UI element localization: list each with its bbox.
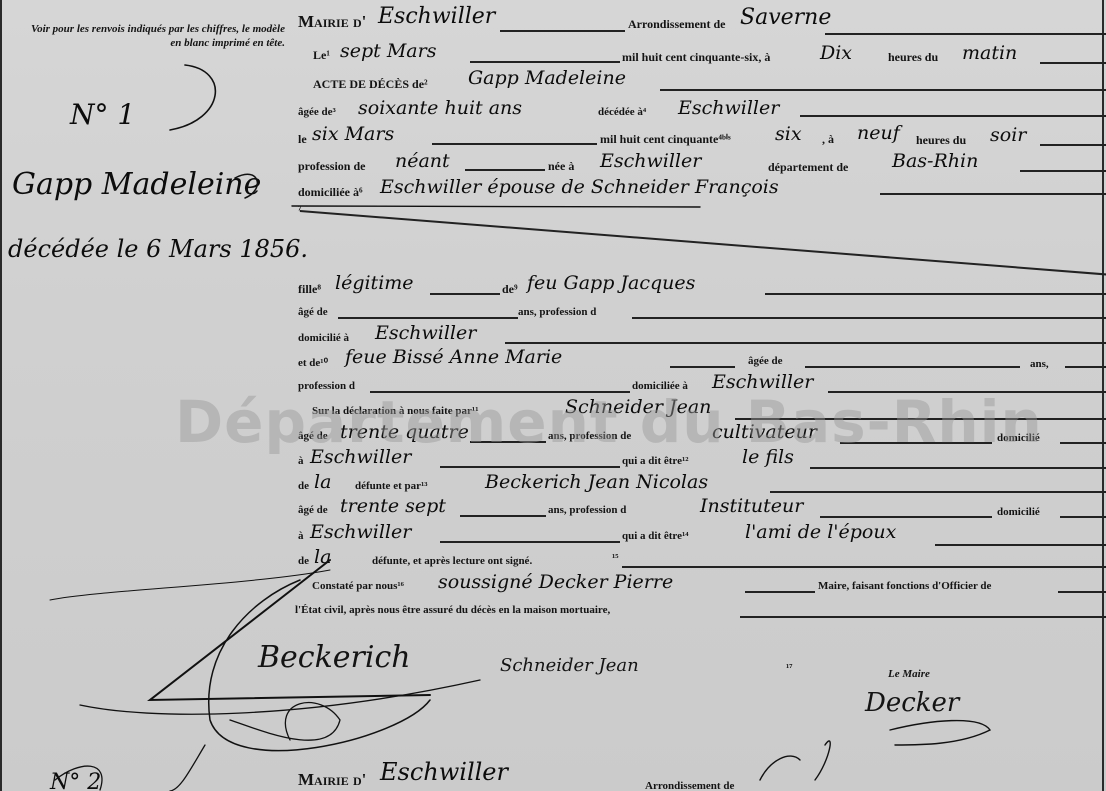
record-date: sept Mars <box>340 40 436 62</box>
rule <box>622 566 1106 568</box>
declarant-1-relation-label: qui a dit être¹² <box>622 455 689 467</box>
death-period: soir <box>990 124 1026 146</box>
rule <box>440 541 620 543</box>
defunte-article-2: la <box>314 546 331 568</box>
defunte-article: la <box>314 471 331 493</box>
arrondissement-value: Saverne <box>740 5 831 30</box>
margin-instructions: Voir pour les renvois indiqués par les c… <box>30 22 285 50</box>
signature-decker: Decker <box>865 688 959 718</box>
declarant-2-profession: Instituteur <box>700 495 803 517</box>
death-year-label: mil huit cent cinquante⁴ᵇⁱˢ <box>600 132 731 147</box>
signature-beckerich: Beckerich <box>258 640 411 675</box>
declarant-2-place: Eschwiller <box>310 521 411 543</box>
birth-place: Eschwiller <box>600 150 701 172</box>
etat-civil-label: l'État civil, après nous être assuré du … <box>295 604 610 616</box>
record-period: matin <box>962 42 1017 64</box>
mother-label: et de¹⁰ <box>298 356 328 369</box>
death-at-label: , à <box>822 132 834 147</box>
death-hours-label: heures du <box>916 133 966 148</box>
de-prefix-2: de <box>298 555 309 567</box>
civil-death-record-page: Département du Bas-Rhin Voir pour les re… <box>0 0 1106 791</box>
profession-label: profession de <box>298 159 365 174</box>
rule <box>1065 366 1106 368</box>
next-margin-number: N° 2 <box>50 770 101 791</box>
arrondissement-label: Arrondissement de <box>628 17 725 32</box>
acte-label: ACTE DE DÉCÈS de² <box>313 77 428 92</box>
signed-label: défunte, et après lecture ont signé. <box>372 555 532 567</box>
constate-label: Constaté par nous¹⁶ <box>312 580 404 592</box>
rule <box>745 591 815 593</box>
legitimacy-status: légitime <box>335 272 414 294</box>
rule <box>432 143 597 145</box>
declarant-2-age-label: âgé de <box>298 504 328 516</box>
rule <box>1040 62 1106 64</box>
note-17: ¹⁷ <box>786 662 793 674</box>
declarant-2-name: Beckerich Jean Nicolas <box>485 471 708 493</box>
death-place: Eschwiller <box>678 97 779 119</box>
officer-title: Maire, faisant fonctions d'Officier de <box>818 580 991 592</box>
father-domicile-label: domicilié à <box>298 332 349 344</box>
father-age-label: âgé de <box>298 306 328 318</box>
deceased-age: soixante huit ans <box>358 97 522 119</box>
born-at-label: née à <box>548 159 574 174</box>
rule <box>632 317 1106 319</box>
rule <box>1058 591 1106 593</box>
record-hour: Dix <box>820 42 852 64</box>
declarant-2-profession-label: ans, profession d <box>548 504 626 516</box>
rule <box>800 115 1106 117</box>
date-prefix: Le¹ <box>313 48 330 63</box>
rule <box>765 293 1106 295</box>
mother-ans-label: ans, <box>1030 358 1049 370</box>
rule <box>740 616 1106 618</box>
rule <box>1060 516 1106 518</box>
margin-record-number: N° 1 <box>70 98 135 131</box>
declarant-2-domicile-label: domicilié <box>997 506 1040 518</box>
department-value: Bas-Rhin <box>892 150 978 172</box>
note-15: ¹⁵ <box>612 552 619 564</box>
rule <box>465 169 545 171</box>
mother-age-label: âgée de <box>748 355 783 367</box>
domicile-label: domiciliée à⁶ <box>298 185 363 200</box>
rule <box>660 89 1106 91</box>
deceased-profession: néant <box>395 150 450 172</box>
father-name: feu Gapp Jacques <box>527 272 695 294</box>
rule <box>338 317 518 319</box>
rule <box>670 366 735 368</box>
margin-death-date: décédée le 6 Mars 1856. <box>8 235 308 263</box>
next-mairie-value: Eschwiller <box>380 758 508 786</box>
mairie-value: Eschwiller <box>378 4 495 29</box>
mairie-label: Mairie d' <box>298 12 366 32</box>
death-hour: neuf <box>857 122 900 144</box>
rule <box>460 515 546 517</box>
next-mairie-label: Mairie d' <box>298 770 366 790</box>
death-day-prefix: le <box>298 132 307 147</box>
rule <box>505 342 1106 344</box>
page-left-edge <box>0 0 2 791</box>
death-year: six <box>775 123 802 145</box>
rule <box>1060 442 1106 444</box>
rule <box>810 467 1106 469</box>
officer-name: soussigné Decker Pierre <box>438 571 673 593</box>
domicile-and-spouse: Eschwiller épouse de Schneider François <box>380 176 779 198</box>
declarant-2-relation-label: qui a dit être¹⁴ <box>622 530 689 542</box>
archive-watermark: Département du Bas-Rhin <box>175 388 1043 456</box>
declarant-2-relation: l'ami de l'époux <box>745 521 896 543</box>
died-at-label: décédée à⁴ <box>598 106 646 118</box>
rule <box>770 491 1106 493</box>
rule <box>1040 144 1106 146</box>
declarant-1-place-label: à <box>298 455 304 467</box>
father-profession-label: ans, profession d <box>518 306 596 318</box>
department-label: département de <box>768 160 848 175</box>
defunte-and-label: défunte et par¹³ <box>355 480 428 492</box>
cancel-diagonal-line <box>300 210 1106 275</box>
rule <box>430 293 500 295</box>
daughter-label: fille⁸ <box>298 282 321 297</box>
rule <box>880 193 1106 195</box>
rule <box>500 30 625 32</box>
rule <box>825 33 1106 35</box>
record-year-label: mil huit cent cinquante-six, à <box>622 50 770 65</box>
page-right-edge <box>1102 0 1104 791</box>
signature-schneider: Schneider Jean <box>500 655 639 676</box>
age-label: âgée de³ <box>298 106 336 118</box>
rule <box>805 366 1020 368</box>
deceased-name: Gapp Madeleine <box>468 67 626 89</box>
mother-name: feue Bissé Anne Marie <box>345 346 562 368</box>
rule <box>935 544 1106 546</box>
de-prefix: de <box>298 480 309 492</box>
margin-deceased-name: Gapp Madeleine <box>12 167 261 202</box>
declarant-2-age: trente sept <box>340 495 446 517</box>
death-day: six Mars <box>312 123 394 145</box>
rule <box>470 61 620 63</box>
next-arrondissement-label: Arrondissement de <box>645 780 734 791</box>
mayor-label: Le Maire <box>888 668 930 680</box>
father-domicile: Eschwiller <box>375 322 476 344</box>
hours-label: heures du <box>888 50 938 65</box>
father-de-label: de⁹ <box>502 282 518 297</box>
declarant-2-place-label: à <box>298 530 304 542</box>
rule <box>440 466 620 468</box>
rule <box>1020 170 1106 172</box>
rule <box>820 516 992 518</box>
